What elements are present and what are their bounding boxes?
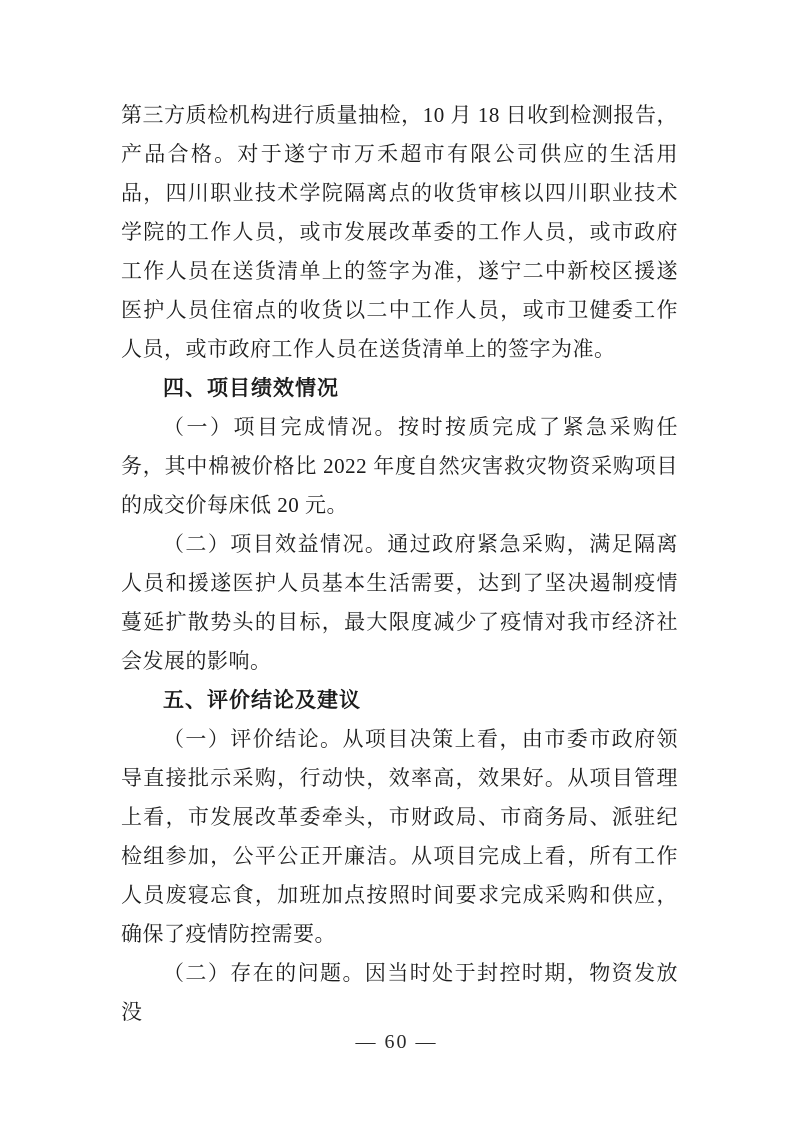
paragraph-existing-problems: （二）存在的问题。因当时处于封控时期，物资发放没: [121, 954, 678, 1032]
paragraph-evaluation-conclusion: （一）评价结论。从项目决策上看，由市委市政府领导直接批示采购，行动快，效率高，效…: [121, 720, 678, 954]
document-body: 第三方质检机构进行质量抽检，10 月 18 日收到检测报告，产品合格。对于遂宁市…: [121, 96, 678, 1032]
document-page: 第三方质检机构进行质量抽检，10 月 18 日收到检测报告，产品合格。对于遂宁市…: [0, 0, 793, 1122]
section-heading-project-performance: 四、项目绩效情况: [121, 369, 678, 408]
section-heading-conclusion-suggestions: 五、评价结论及建议: [121, 681, 678, 720]
paragraph-continuation: 第三方质检机构进行质量抽检，10 月 18 日收到检测报告，产品合格。对于遂宁市…: [121, 96, 678, 369]
page-number: — 60 —: [0, 1028, 793, 1056]
paragraph-project-benefit: （二）项目效益情况。通过政府紧急采购，满足隔离人员和援遂医护人员基本生活需要，达…: [121, 525, 678, 681]
paragraph-project-completion: （一）项目完成情况。按时按质完成了紧急采购任务，其中棉被价格比 2022 年度自…: [121, 408, 678, 525]
